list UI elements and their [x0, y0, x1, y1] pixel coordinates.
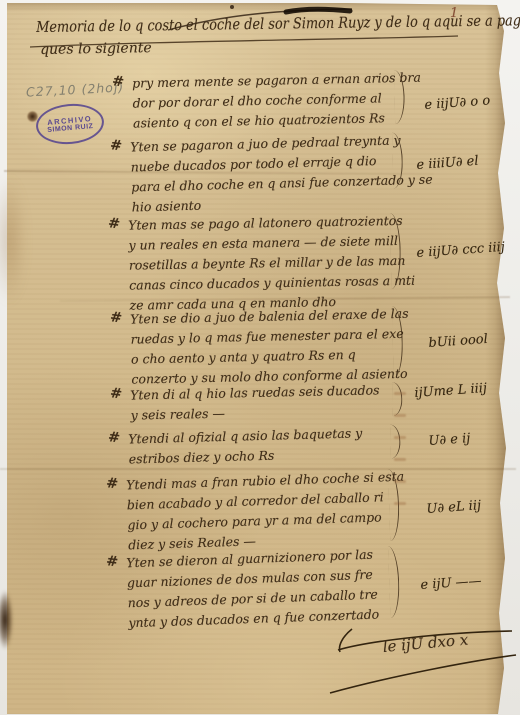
item-mark: # [105, 475, 118, 492]
entry-amount-6: U∂ e ij [428, 431, 471, 449]
ledger-entry-5: # Yten di al q hio las ruedas seis ducad… [110, 380, 380, 426]
document-subtitle: ques lo sigiente [40, 40, 152, 58]
entry-line: y seis reales — [130, 400, 380, 425]
sum-rule-bottom [330, 655, 516, 693]
entry-amount-8: e ijU —— [420, 574, 482, 593]
item-mark: # [109, 137, 122, 154]
ledger-entry-6: # Ytendi al ofizial q asio las baquetas … [108, 423, 363, 470]
ledger-entry-2: # Yten se pagaron a juo de pedraal treyn… [110, 130, 433, 218]
entry-amount-5: ijUme L iiij [414, 381, 487, 401]
ink-dot [230, 5, 234, 9]
top-ink-smear [286, 9, 350, 12]
entry-amount-4: bUii oool [428, 332, 488, 351]
item-mark: # [105, 553, 118, 570]
edge-smudge [0, 590, 13, 650]
closing-bracket [388, 546, 401, 618]
ledger-entry-1: # pry mera mente se pagaron a ernan ario… [112, 68, 422, 134]
ledger-entry-8: # Yten se dieron al guarnizionero por la… [106, 545, 380, 634]
ledger-entry-3: # Yten mas se pago al latonero quatrozie… [108, 211, 416, 316]
item-mark: # [107, 429, 120, 446]
entry-amount-2: e iiiiU∂ el [416, 154, 479, 173]
entry-amount-7: U∂ eL iij [426, 498, 482, 517]
item-mark: # [107, 215, 121, 232]
paper-stain [0, 175, 26, 305]
entry-amount-1: e iijU∂ o o [424, 93, 491, 113]
archive-stamp: ARCHIVO SIMON RUIZ [34, 101, 105, 147]
item-mark: # [109, 385, 123, 402]
archive-reference-pencil: C27,10 (2hoj) [26, 79, 125, 99]
paper-crease [0, 468, 516, 470]
item-mark: # [109, 309, 123, 326]
ledger-entry-4: # Yten se dio a juo de balenia del eraxe… [110, 304, 410, 390]
entry-amount-3: e iijU∂ ccc iiij [416, 240, 505, 261]
bleed-through-marks [394, 392, 410, 532]
folio-number: 1 [450, 6, 458, 21]
page-content: Memoria de lo q costo el coche del sor S… [0, 0, 520, 715]
document-title: Memoria de lo q costo el coche del sor S… [36, 11, 520, 36]
total-amount: le ijU dxo x [382, 631, 469, 656]
item-mark: # [111, 73, 125, 90]
ledger-entry-7: # Ytendi mas a fran rubio el dho coche s… [106, 467, 406, 556]
